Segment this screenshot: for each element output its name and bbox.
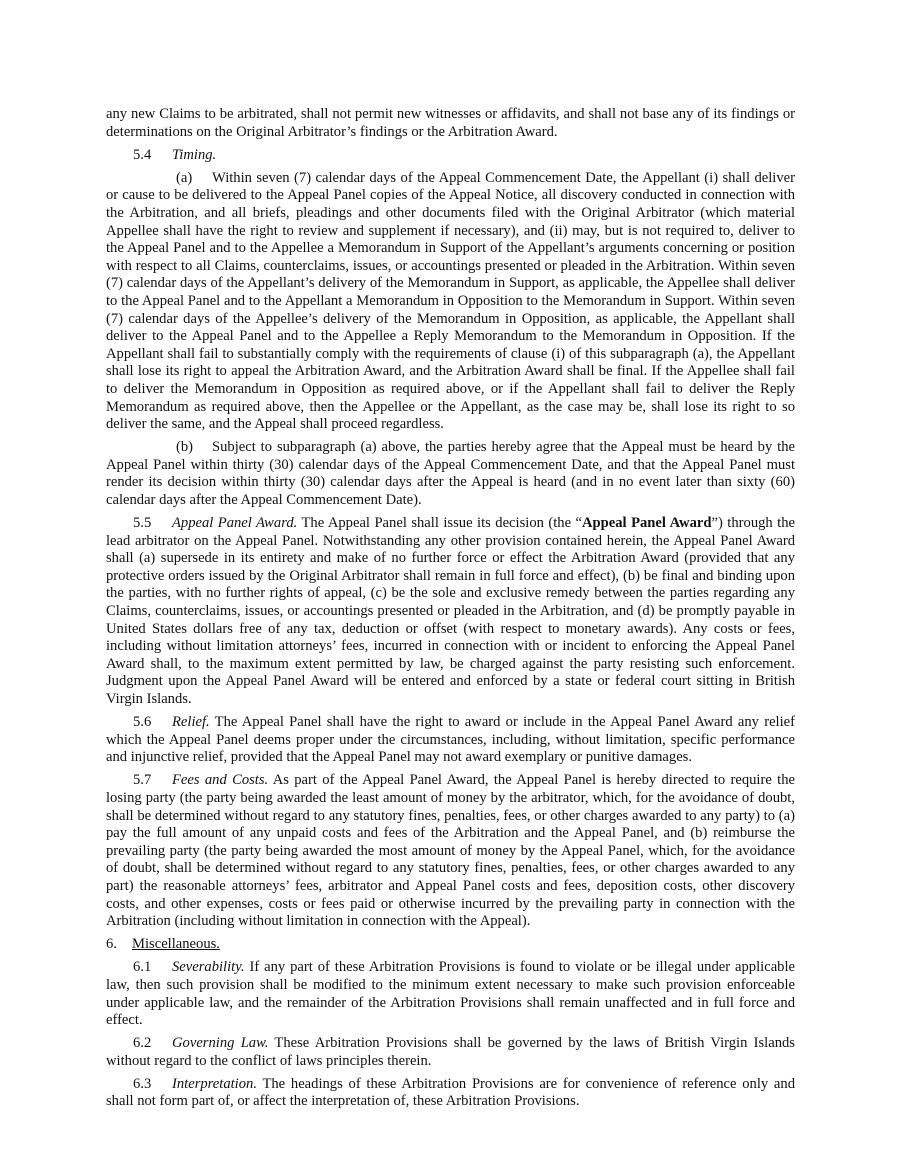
section-title: Miscellaneous. <box>132 936 220 952</box>
section-number: 5.7 <box>133 772 172 790</box>
section-6-2: 6.2Governing Law. These Arbitration Prov… <box>106 1035 795 1070</box>
section-number: 5.4 <box>133 147 172 165</box>
section-6-1: 6.1Severability. If any part of these Ar… <box>106 959 795 1029</box>
section-5-7: 5.7Fees and Costs. As part of the Appeal… <box>106 772 795 930</box>
section-number: 6. <box>106 936 132 954</box>
section-text: The Appeal Panel shall issue its decisio… <box>297 515 582 531</box>
section-6-heading: 6.Miscellaneous. <box>106 936 795 954</box>
section-number: 6.2 <box>133 1035 172 1053</box>
section-5-4-a: (a)Within seven (7) calendar days of the… <box>106 170 795 434</box>
section-title: Timing. <box>172 147 216 163</box>
section-6-3: 6.3Interpretation. The headings of these… <box>106 1076 795 1111</box>
section-text: ”) through the lead arbitrator on the Ap… <box>106 515 795 707</box>
section-title: Fees and Costs. <box>172 772 268 788</box>
subparagraph-number: (b) <box>176 439 212 457</box>
section-text: The Appeal Panel shall have the right to… <box>106 714 795 765</box>
section-number: 6.3 <box>133 1076 172 1094</box>
section-number: 5.5 <box>133 515 172 533</box>
subparagraph-number: (a) <box>176 170 212 188</box>
section-title: Interpretation. <box>172 1076 257 1092</box>
section-5-4-heading: 5.4Timing. <box>106 147 795 165</box>
document-page: any new Claims to be arbitrated, shall n… <box>106 106 795 1117</box>
paragraph-continuation: any new Claims to be arbitrated, shall n… <box>106 106 795 141</box>
section-text: As part of the Appeal Panel Award, the A… <box>106 772 795 929</box>
subparagraph-text: Within seven (7) calendar days of the Ap… <box>106 170 795 432</box>
section-5-5: 5.5Appeal Panel Award. The Appeal Panel … <box>106 515 795 709</box>
section-title: Severability. <box>172 959 245 975</box>
section-number: 5.6 <box>133 714 172 732</box>
section-5-4-b: (b)Subject to subparagraph (a) above, th… <box>106 439 795 509</box>
defined-term: Appeal Panel Award <box>582 515 711 531</box>
section-5-6: 5.6Relief. The Appeal Panel shall have t… <box>106 714 795 767</box>
section-number: 6.1 <box>133 959 172 977</box>
section-title: Governing Law. <box>172 1035 268 1051</box>
section-title: Appeal Panel Award. <box>172 515 297 531</box>
section-title: Relief. <box>172 714 210 730</box>
